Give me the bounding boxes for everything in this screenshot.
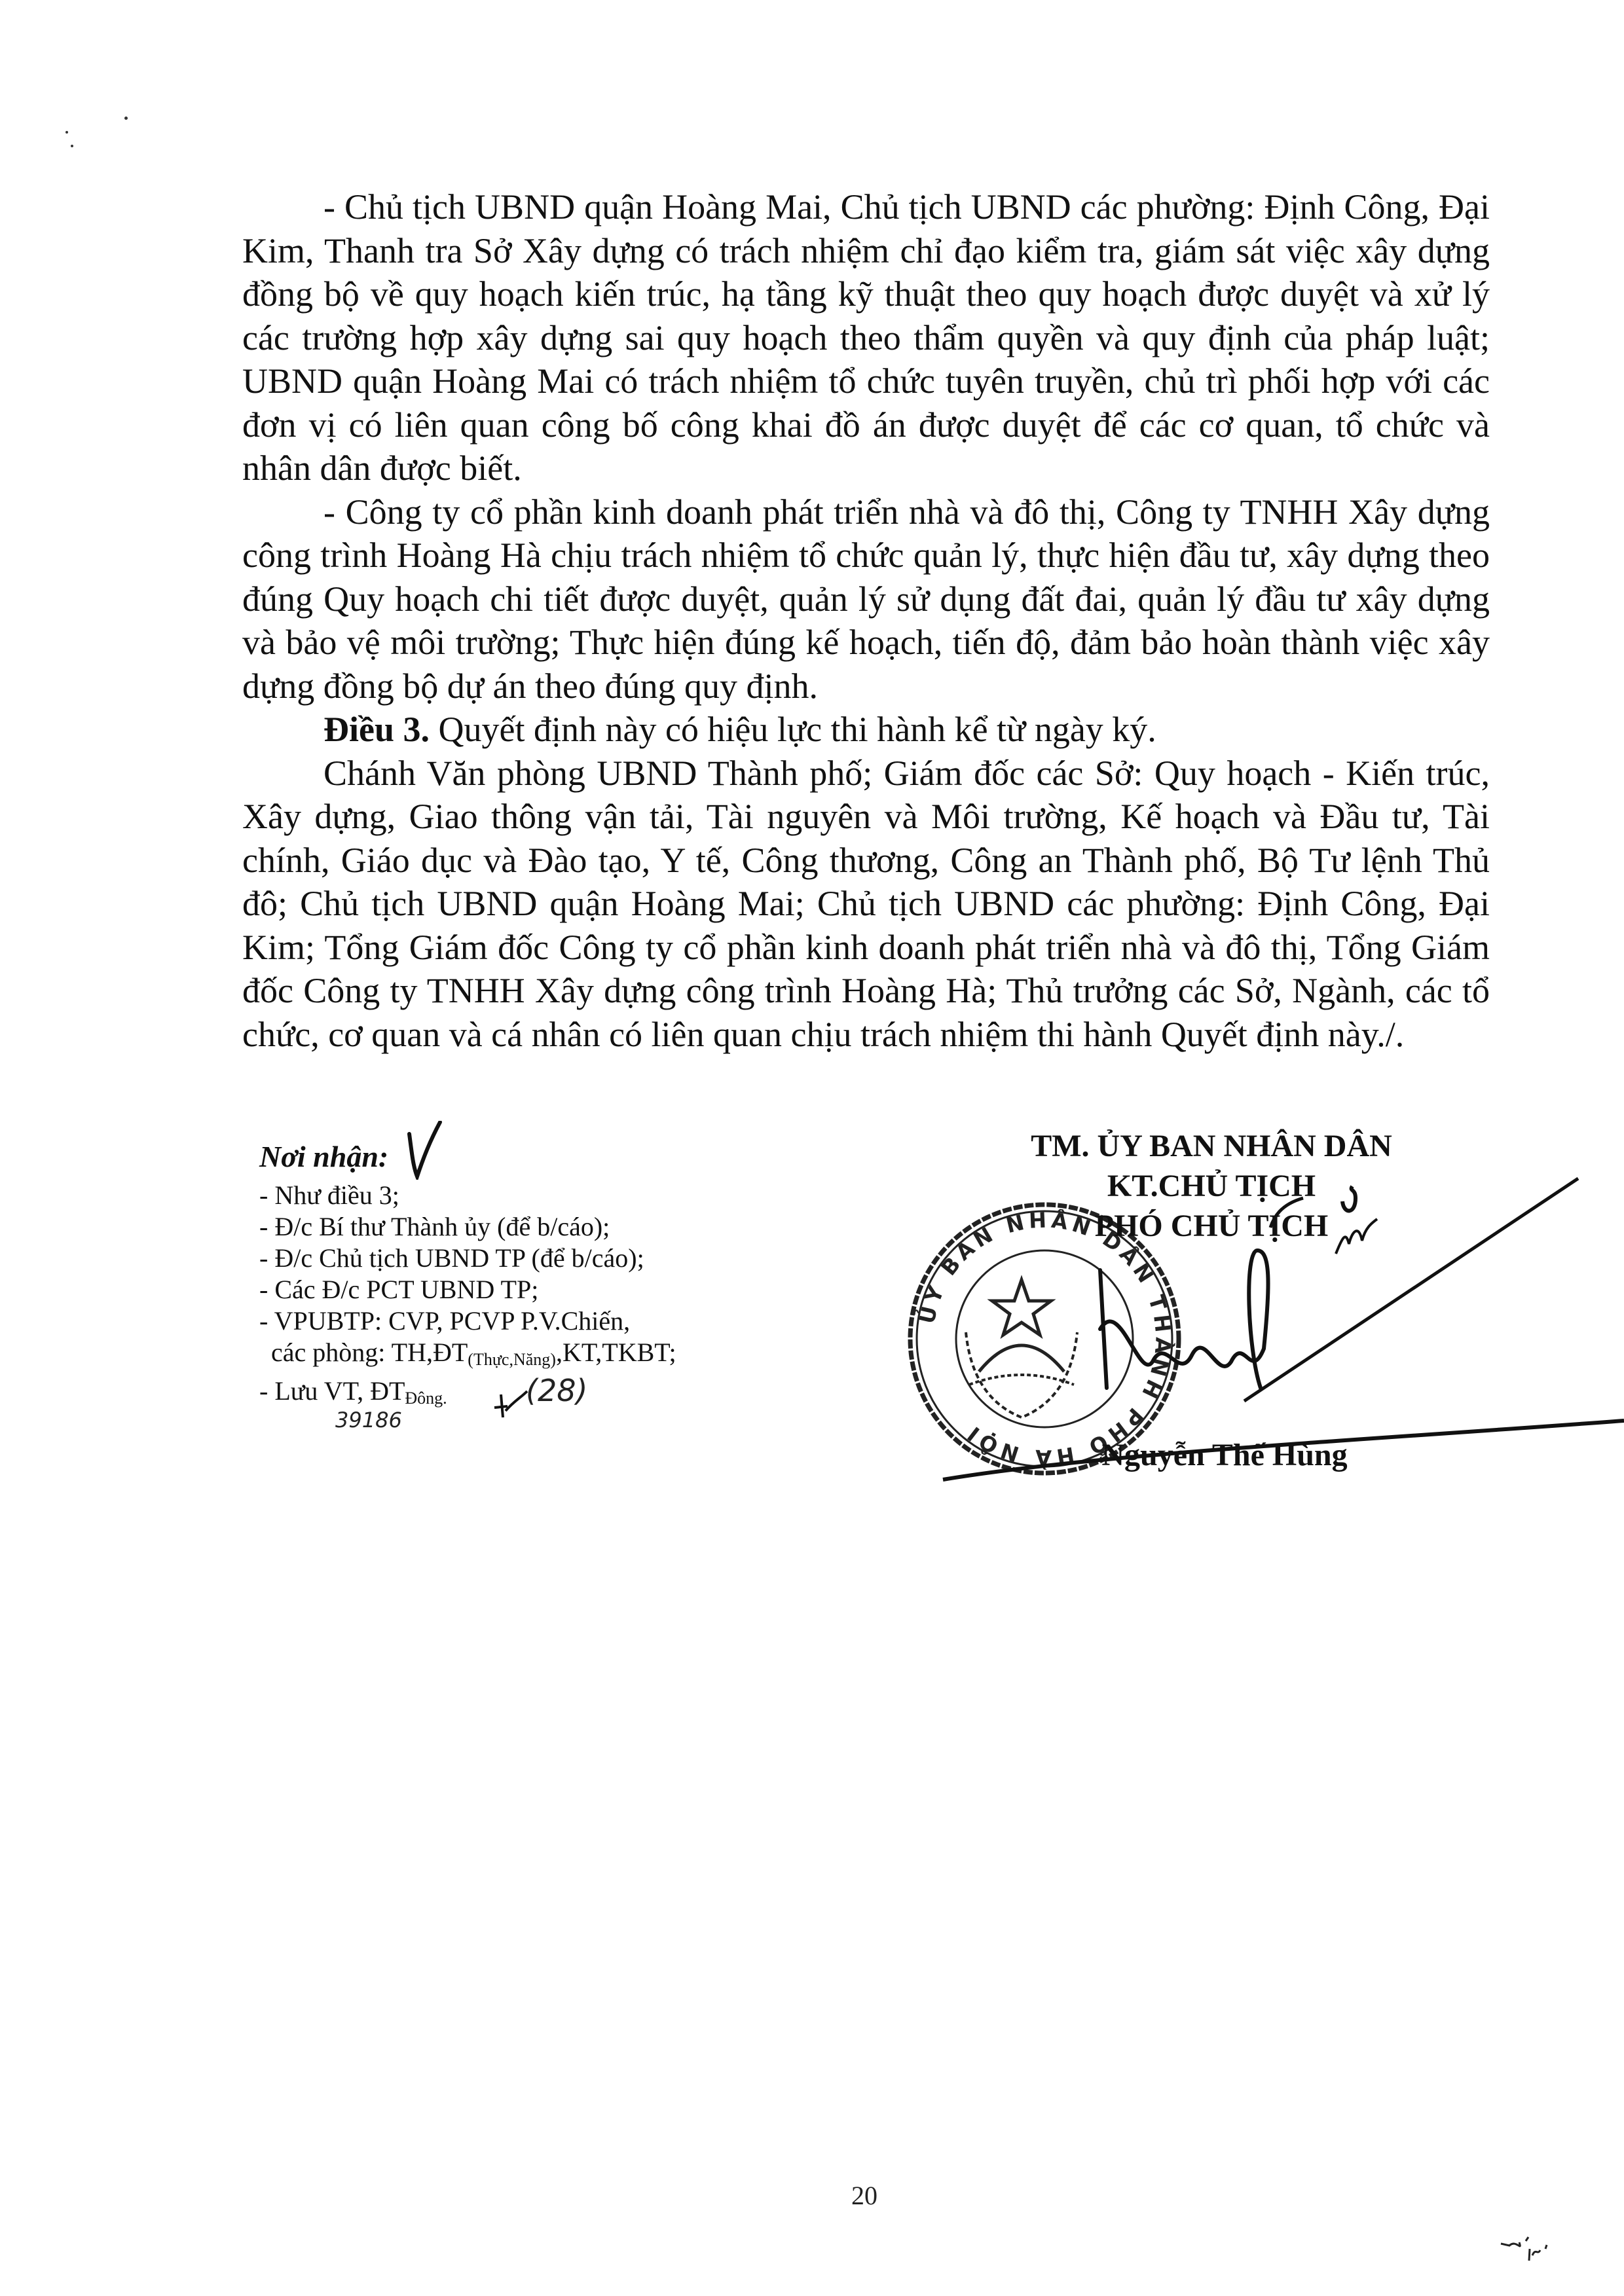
recipient-item: - Như điều 3;: [259, 1180, 796, 1211]
page-number: 20: [851, 2180, 877, 2211]
recipients-heading: Nơi nhận:: [259, 1121, 796, 1180]
recipients-block: Nơi nhận: - Như điều 3; - Đ/c Bí thư Thà…: [259, 1121, 796, 1414]
scan-speck: [71, 145, 73, 147]
initial-mark-icon: [1336, 1185, 1369, 1218]
handwritten-initial-icon: [491, 1388, 530, 1421]
document-body: - Chủ tịch UBND quận Hoàng Mai, Chủ tịch…: [242, 185, 1490, 1056]
signature-authority: TM. ỦY BAN NHÂN DÂN: [950, 1126, 1473, 1166]
recipient-item: - Đ/c Chủ tịch UBND TP (để b/cáo);: [259, 1243, 796, 1274]
checkmark-icon: [404, 1121, 443, 1180]
paragraph-responsibility-district: - Chủ tịch UBND quận Hoàng Mai, Chủ tịch…: [242, 185, 1490, 490]
recipient-item: - Đ/c Bí thư Thành ủy (để b/cáo);: [259, 1211, 796, 1243]
scan-speck: [65, 131, 68, 134]
article-3-heading: Điều 3.: [323, 710, 430, 749]
recipient-item: - Các Đ/c PCT UBND TP;: [259, 1274, 796, 1305]
handwritten-number: 39186: [335, 1408, 402, 1432]
signer-name: Nguyễn Thế Hùng: [1067, 1437, 1382, 1473]
paragraph-responsibility-companies: - Công ty cổ phần kinh doanh phát triển …: [242, 490, 1490, 708]
handwritten-footer-initial-icon: [1500, 2236, 1552, 2262]
handwritten-count: (28): [526, 1373, 587, 1408]
paragraph-enforcement: Chánh Văn phòng UBND Thành phố; Giám đốc…: [242, 752, 1490, 1057]
scan-speck: [124, 117, 128, 120]
recipient-item: - VPUBTP: CVP, PCVP P.V.Chiến,: [259, 1305, 796, 1337]
initial-mark-icon: [1333, 1218, 1378, 1257]
paragraph-article-3: Điều 3. Quyết định này có hiệu lực thi h…: [242, 708, 1490, 752]
recipient-item-continuation: các phòng: TH,ĐT(Thực,Năng),KT,TKBT;: [259, 1337, 796, 1376]
document-page: - Chủ tịch UBND quận Hoàng Mai, Chủ tịch…: [0, 0, 1624, 2296]
